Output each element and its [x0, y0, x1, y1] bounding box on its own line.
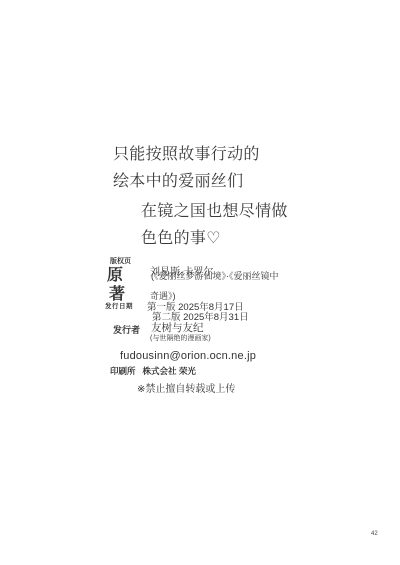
reproduction-notice: ※禁止擅自转载或上传 [137, 380, 235, 395]
contact-email: fudousinn@orion.ocn.ne.jp [120, 350, 256, 362]
title-line-1: 只能按照故事行动的 [113, 141, 288, 168]
title-block: 只能按照故事行动的 绘本中的爱丽丝们 在镜之国也想尽情做 色色的事♡ [113, 141, 288, 252]
title-line-4: 色色的事♡ [141, 225, 288, 252]
issue-date-label: 发行日期 [105, 301, 133, 310]
scanned-document-page: 只能按照故事行动的 绘本中的爱丽丝们 在镜之国也想尽情做 色色的事♡ 版权页 原… [0, 0, 400, 565]
publisher-note: (与世隔绝的漫画家) [150, 333, 211, 343]
printer-label: 印刷所 [110, 366, 136, 376]
printer-line: 印刷所株式会社 荣光 [110, 365, 196, 377]
author-works-line-1: (《爱丽丝梦游仙境》·《爱丽丝镜中 [151, 269, 279, 282]
page-number: 42 [371, 531, 378, 537]
printer-name: 株式会社 荣光 [143, 366, 196, 376]
title-group-1: 只能按照故事行动的 绘本中的爱丽丝们 [113, 141, 288, 195]
title-group-2: 在镜之国也想尽情做 色色的事♡ [141, 198, 288, 252]
title-line-2: 绘本中的爱丽丝们 [113, 168, 288, 195]
publisher-label: 发行者 [113, 323, 140, 336]
title-line-3: 在镜之国也想尽情做 [141, 198, 288, 225]
